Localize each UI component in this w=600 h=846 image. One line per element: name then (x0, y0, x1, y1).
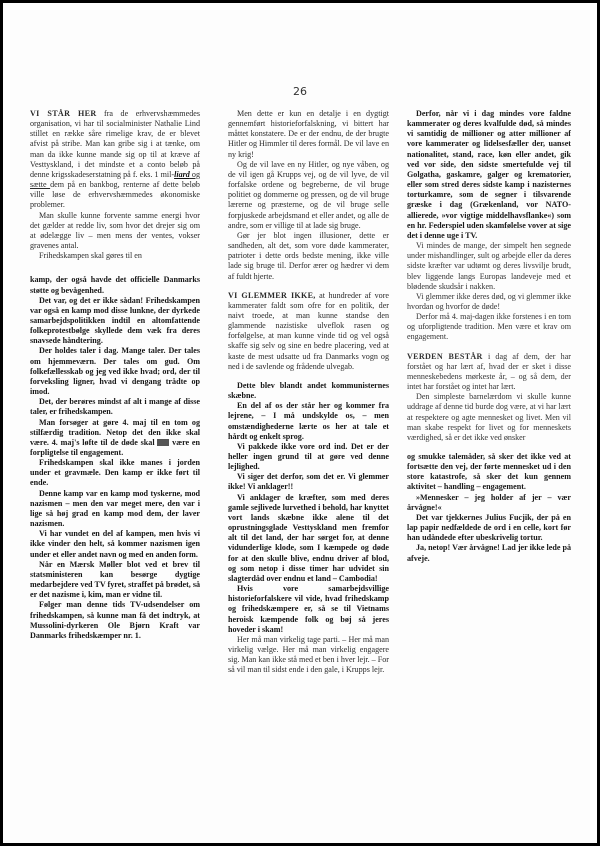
paragraph: Vi anklager de kræfter, som med deres ga… (228, 493, 389, 584)
paragraph: Derfor må 4. maj-dagen ikke forstenes i … (407, 312, 571, 342)
paragraph-text: at hundreder af vore kammerater faldt so… (228, 291, 389, 371)
paragraph: Her må man virkelig tage parti. – Her må… (228, 635, 389, 676)
column-3: Derfor, når vi i dag mindes vore faldne … (407, 109, 571, 564)
paragraph-text: fra de erhvervshæmmedes organisation, vi… (30, 109, 200, 179)
paragraph: Hvis vore samarbejdsvillige historieforf… (228, 584, 389, 635)
paragraph-text: dem på en bankbog, renterne af dette bel… (30, 180, 200, 209)
paragraph: Denne kamp var en kamp mod tyskerne, mod… (30, 489, 200, 530)
paragraph: Frihedskampen skal ikke manes i jorden u… (30, 458, 200, 488)
paragraph: Vi pakkede ikke vore ord ind. Det er der… (228, 442, 389, 472)
paragraph: Dette blev blandt andet kommunisternes s… (228, 381, 389, 401)
paragraph: og smukke talemåder, så sker det ikke ve… (407, 452, 571, 493)
section-lead: VERDEN BESTÅR (407, 352, 483, 361)
paragraph: Vi siger det derfor, som det er. Vi glem… (228, 472, 389, 492)
page-number: 26 (3, 85, 597, 98)
section-lead: VI GLEMMER IKKE, (228, 291, 316, 300)
column-2: Men dette er kun en detalje i en dygtigt… (228, 109, 389, 675)
paragraph: Man skulle kunne forvente samme energi h… (30, 211, 200, 252)
paragraph: Man forsøger at gøre 4. maj til en tom o… (30, 418, 200, 459)
paragraph: Vi har vundet en del af kampen, men hvis… (30, 529, 200, 559)
paragraph: kamp, der også havde det officielle Danm… (30, 275, 200, 295)
paragraph: Men dette er kun en detalje i en dygtigt… (228, 109, 389, 160)
paragraph: Vi mindes de mange, der simpelt hen segn… (407, 241, 571, 292)
paragraph: VI STÅR HER fra de erhvervshæmmedes orga… (30, 109, 200, 211)
paragraph: Vi glemmer ikke deres død, og vi glemmer… (407, 292, 571, 312)
paragraph: Følger man denne tids TV-udsendelser om … (30, 600, 200, 641)
paragraph: Derfor, når vi i dag mindes vore faldne … (407, 109, 571, 241)
ink-smudge (157, 439, 169, 446)
paragraph: Frihedskampen skal gøres til en (30, 251, 200, 261)
paragraph: Ja, netop! Vær årvågne! Lad jer ikke led… (407, 543, 571, 563)
paragraph: Det var, og det er ikke sådan! Frihedska… (30, 296, 200, 347)
paragraph: »Mennesker – jeg holder af jer – vær årv… (407, 493, 571, 513)
paragraph: Når en Mærsk Møller blot ved et brev til… (30, 560, 200, 601)
paragraph: En del af os der står her og kommer fra … (228, 401, 389, 442)
handwritten-correction: liard (174, 170, 190, 179)
paragraph: Det, der berøres mindst af alt i mange a… (30, 397, 200, 417)
column-1: VI STÅR HER fra de erhvervshæmmedes orga… (30, 109, 200, 641)
paragraph: Den simpleste barnelærdom vi skulle kunn… (407, 392, 571, 443)
paragraph: Og de vil lave en ny Hitler, og nye våbe… (228, 160, 389, 231)
section-lead: VI STÅR HER (30, 109, 96, 118)
scanned-page: 26 VI STÅR HER fra de erhvervshæmmedes o… (3, 3, 597, 843)
paragraph: Der holdes taler i dag. Mange taler. Der… (30, 346, 200, 397)
paragraph: VERDEN BESTÅR i dag af dem, der har fors… (407, 352, 571, 393)
paragraph: Gør jer blot ingen illusioner, dette er … (228, 231, 389, 282)
paragraph: Det var tjekkernes Julius Fucjik, der på… (407, 513, 571, 543)
paragraph: VI GLEMMER IKKE, at hundreder af vore ka… (228, 291, 389, 372)
